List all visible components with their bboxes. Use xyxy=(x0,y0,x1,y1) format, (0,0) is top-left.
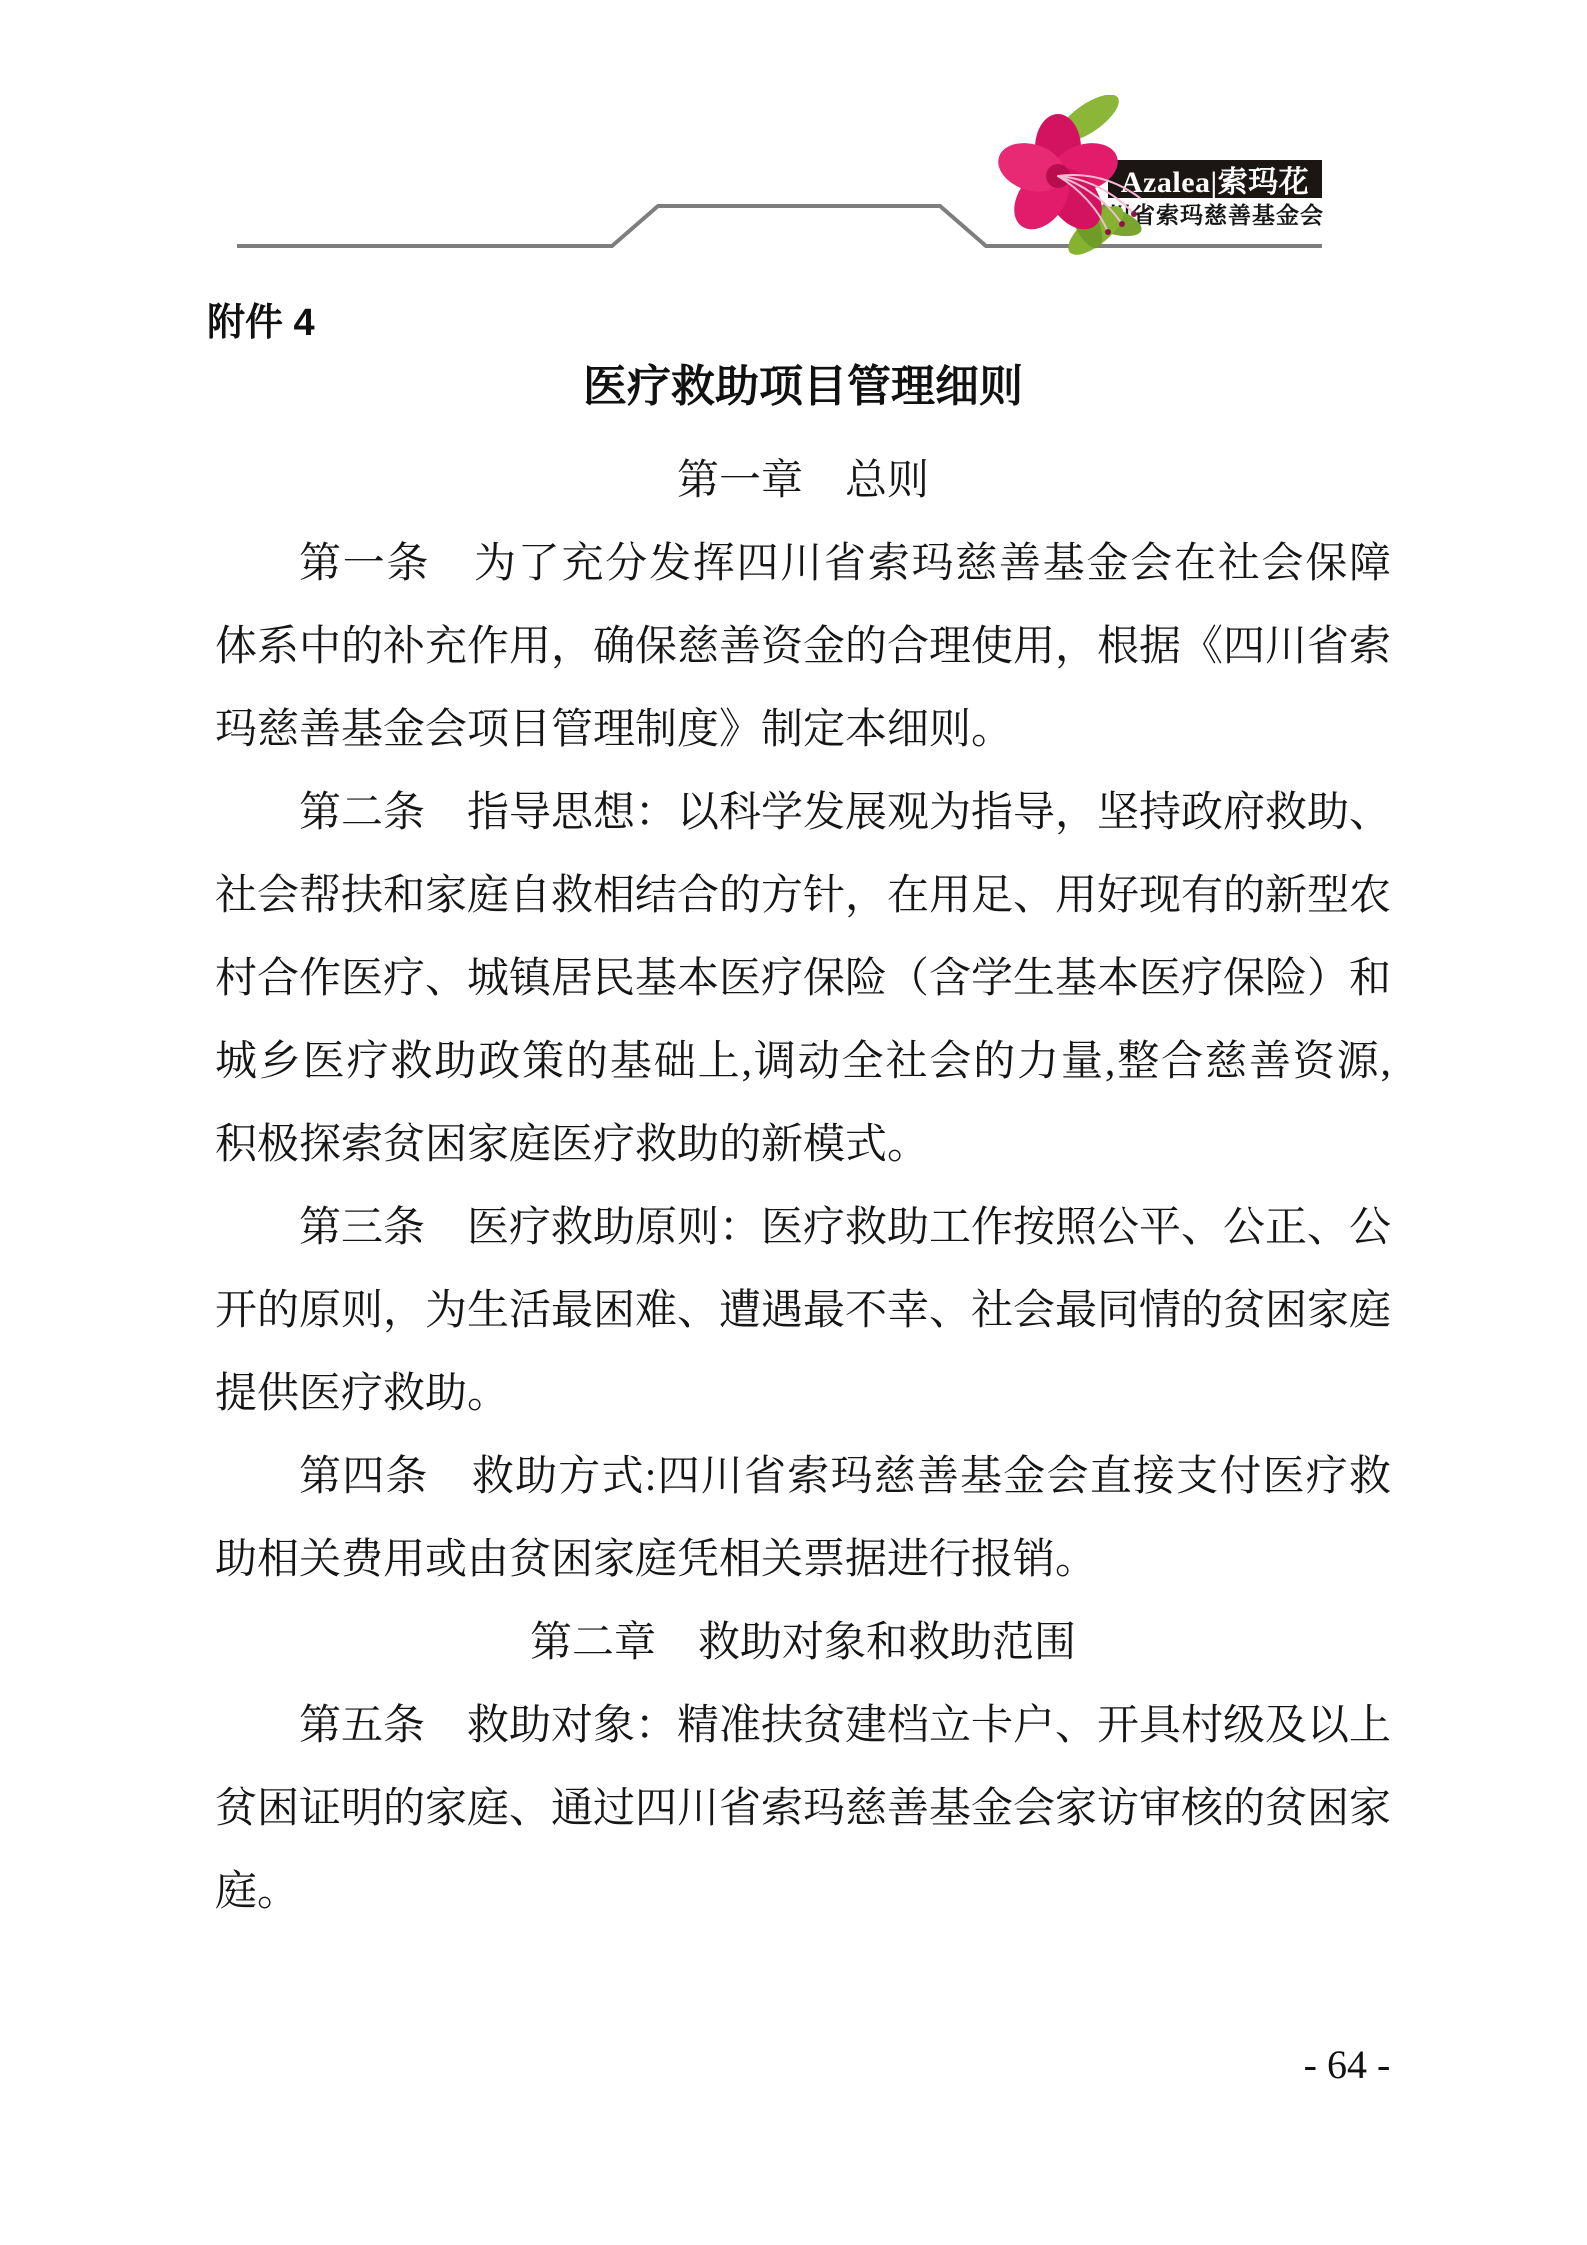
article-5-line-3: 庭。 xyxy=(215,1851,1391,1934)
document-body: 第一章 总则 第一条 为了充分发挥四川省索玛慈善基金会在社会保障 体系中的补充作… xyxy=(215,440,1391,1934)
header-decorative-line xyxy=(0,0,1587,300)
document-page: Azalea|索玛花 四川省索玛慈善基金会 xyxy=(0,0,1587,2245)
article-1-line-3: 玛慈善基金会项目管理制度》制定本细则。 xyxy=(215,689,1391,772)
article-2-line-3: 村合作医疗、城镇居民基本医疗保险（含学生基本医疗保险）和 xyxy=(215,938,1391,1021)
azalea-flower-icon xyxy=(960,95,1160,255)
article-4-line-2: 助相关费用或由贫困家庭凭相关票据进行报销。 xyxy=(215,1519,1391,1602)
page-title: 医疗救助项目管理细则 xyxy=(215,356,1391,418)
chapter-1-heading: 第一章 总则 xyxy=(215,440,1391,523)
article-5-line-2: 贫困证明的家庭、通过四川省索玛慈善基金会家访审核的贫困家 xyxy=(215,1768,1391,1851)
article-2-line-2: 社会帮扶和家庭自救相结合的方针，在用足、用好现有的新型农 xyxy=(215,855,1391,938)
article-3-line-1: 第三条 医疗救助原则：医疗救助工作按照公平、公正、公 xyxy=(215,1187,1391,1270)
article-1-line-2: 体系中的补充作用，确保慈善资金的合理使用，根据《四川省索 xyxy=(215,606,1391,689)
article-5-line-1: 第五条 救助对象：精准扶贫建档立卡户、开具村级及以上 xyxy=(215,1685,1391,1768)
article-3-line-3: 提供医疗救助。 xyxy=(215,1353,1391,1436)
article-1-line-1: 第一条 为了充分发挥四川省索玛慈善基金会在社会保障 xyxy=(215,523,1391,606)
article-2-line-4: 城乡医疗救助政策的基础上,调动全社会的力量,整合慈善资源, xyxy=(215,1021,1391,1104)
article-2-line-1: 第二条 指导思想：以科学发展观为指导，坚持政府救助、 xyxy=(215,772,1391,855)
article-2-line-5: 积极探索贫困家庭医疗救助的新模式。 xyxy=(215,1104,1391,1187)
page-number: - 64 - xyxy=(1272,2040,1422,2090)
attachment-label: 附件 4 xyxy=(207,300,315,346)
article-4-line-1: 第四条 救助方式:四川省索玛慈善基金会直接支付医疗救 xyxy=(215,1436,1391,1519)
chapter-2-heading: 第二章 救助对象和救助范围 xyxy=(215,1602,1391,1685)
article-3-line-2: 开的原则，为生活最困难、遭遇最不幸、社会最同情的贫困家庭 xyxy=(215,1270,1391,1353)
